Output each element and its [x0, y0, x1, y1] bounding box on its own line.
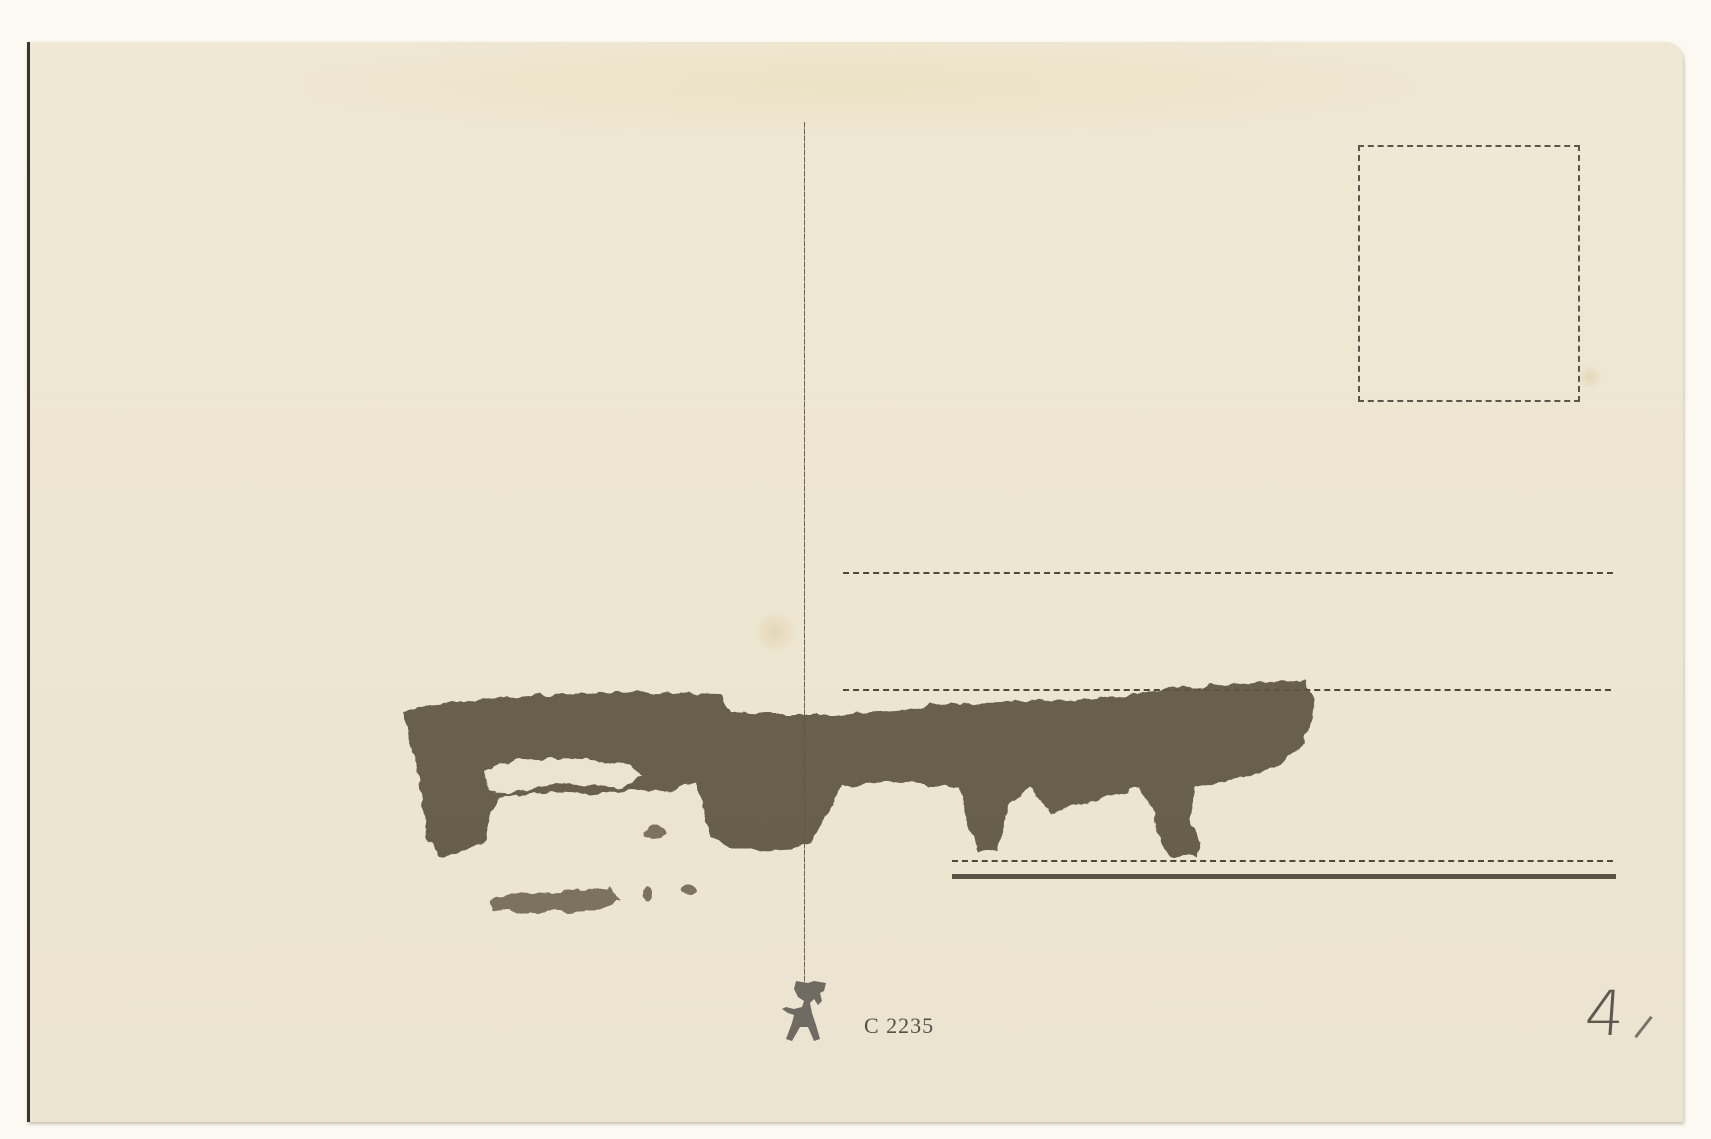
handwritten-tick-mark — [1634, 1016, 1652, 1038]
stamp-placeholder-box — [1358, 145, 1580, 402]
address-line-1 — [843, 572, 1613, 574]
address-underline-rule — [952, 874, 1616, 879]
address-line-3 — [952, 860, 1613, 862]
scanned-postcard: C 2235 4 — [0, 0, 1711, 1139]
publisher-imprint: C 2235 — [778, 979, 934, 1045]
publisher-catalog-code: C 2235 — [864, 1013, 934, 1039]
center-divider-line — [804, 122, 805, 1012]
address-line-2 — [843, 689, 1611, 691]
handwritten-number: 4 — [1582, 977, 1627, 1050]
animal-figure-logo-icon — [778, 979, 836, 1045]
postcard-back: C 2235 4 — [27, 42, 1683, 1122]
